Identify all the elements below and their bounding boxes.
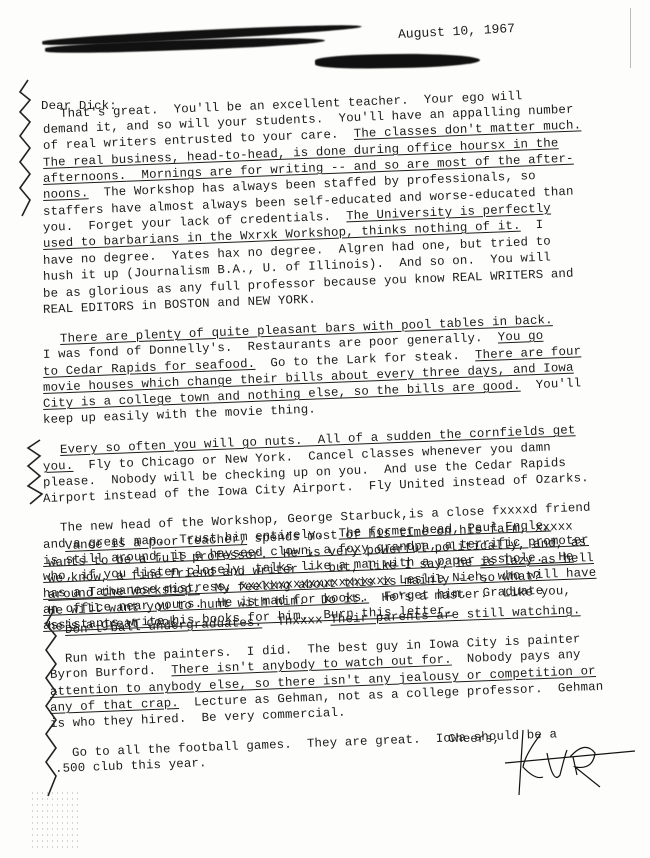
- underlined-text: is lazy as hell: [480, 551, 594, 569]
- text-run: .500 club this year.: [55, 756, 207, 776]
- signature: [505, 725, 635, 805]
- letter-page: August 10, 1967 Dear Dick: That's great.…: [0, 0, 650, 858]
- underlined-text: You go: [498, 329, 544, 345]
- closing: Cheers,: [448, 732, 500, 746]
- margin-bracket-1: [12, 78, 42, 218]
- margin-bracket-2: [22, 438, 52, 508]
- text-run: Thxxxx: [262, 613, 331, 630]
- page-edge: [630, 8, 631, 68]
- letter-date: August 10, 1967: [398, 21, 516, 42]
- text-run: You'll: [520, 376, 581, 392]
- underlined-text: noons.: [43, 186, 89, 202]
- margin-bracket-3: [38, 608, 68, 798]
- paper-noise: [30, 790, 80, 850]
- redacted-address-3: [315, 53, 480, 70]
- text-run: I: [520, 218, 543, 233]
